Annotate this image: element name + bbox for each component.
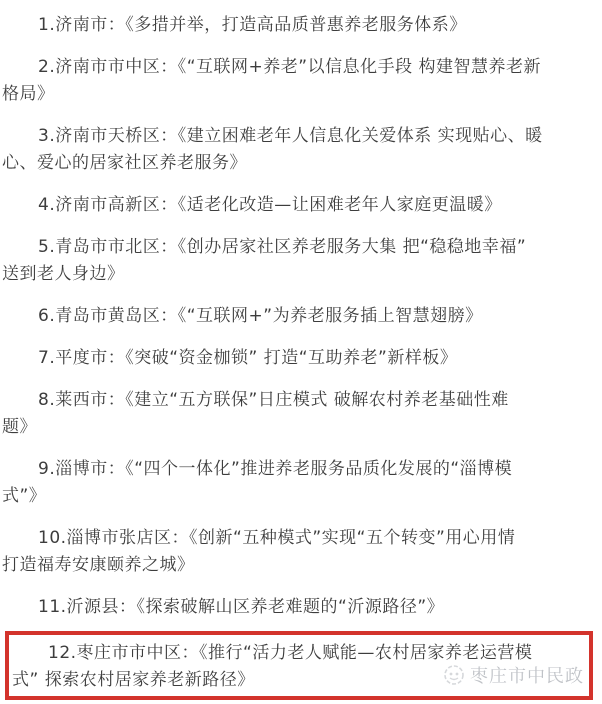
list-item: 9.淄博市：《“四个一体化”推进养老服务品质化发展的“淄博模式”》: [2, 456, 598, 510]
list-item-line: 9.淄博市：《“四个一体化”推进养老服务品质化发展的“淄博模: [2, 456, 598, 483]
list-item: 8.莱西市：《建立“五方联保”日庄模式 破解农村养老基础性难题》: [2, 387, 598, 441]
list-item-line: 7.平度市：《突破“资金枷锁” 打造“互助养老”新样板》: [2, 345, 598, 372]
list-item-line: 题》: [2, 414, 598, 441]
list-item-line: 3.济南市天桥区：《建立困难老年人信息化关爱体系 实现贴心、暖: [2, 123, 598, 150]
list-item-line: 8.莱西市：《建立“五方联保”日庄模式 破解农村养老基础性难: [2, 387, 598, 414]
list-item-line: 4.济南市高新区：《适老化改造—让困难老年人家庭更温暖》: [2, 192, 598, 219]
list-item-line: 6.青岛市黄岛区：《“互联网+”为养老服务插上智慧翅膀》: [2, 303, 598, 330]
list-item: 7.平度市：《突破“资金枷锁” 打造“互助养老”新样板》: [2, 345, 598, 372]
list-item-line: 11.沂源县：《探索破解山区养老难题的“沂源路径”》: [2, 594, 598, 621]
list-item: 11.沂源县：《探索破解山区养老难题的“沂源路径”》: [2, 594, 598, 621]
list-item: 12.枣庄市市中区：《推行“活力老人赋能—农村居家养老运营模式” 探索农村居家养…: [12, 640, 583, 694]
list-item: 6.青岛市黄岛区：《“互联网+”为养老服务插上智慧翅膀》: [2, 303, 598, 330]
case-list: 1.济南市：《多措并举，打造高品质普惠养老服务体系》2.济南市市中区：《“互联网…: [2, 12, 598, 621]
list-item-line: 2.济南市市中区：《“互联网+养老”以信息化手段 构建智慧养老新: [2, 54, 598, 81]
list-item-line: 5.青岛市市北区：《创办居家社区养老服务大集 把“稳稳地幸福”: [2, 234, 598, 261]
list-item: 10.淄博市张店区：《创新“五种模式”实现“五个转变”用心用情打造福寿安康颐养之…: [2, 525, 598, 579]
list-item: 2.济南市市中区：《“互联网+养老”以信息化手段 构建智慧养老新格局》: [2, 54, 598, 108]
highlight-box: 12.枣庄市市中区：《推行“活力老人赋能—农村居家养老运营模式” 探索农村居家养…: [5, 631, 593, 700]
list-item-line: 心、爱心的居家社区养老服务》: [2, 150, 598, 177]
document-page: 1.济南市：《多措并举，打造高品质普惠养老服务体系》2.济南市市中区：《“互联网…: [0, 0, 602, 704]
list-item-line: 式” 探索农村居家养老新路径》: [12, 667, 583, 694]
list-item: 3.济南市天桥区：《建立困难老年人信息化关爱体系 实现贴心、暖心、爱心的居家社区…: [2, 123, 598, 177]
list-item: 1.济南市：《多措并举，打造高品质普惠养老服务体系》: [2, 12, 598, 39]
list-item: 5.青岛市市北区：《创办居家社区养老服务大集 把“稳稳地幸福”送到老人身边》: [2, 234, 598, 288]
list-item-line: 式”》: [2, 483, 598, 510]
list-item-line: 10.淄博市张店区：《创新“五种模式”实现“五个转变”用心用情: [2, 525, 598, 552]
list-item-line: 12.枣庄市市中区：《推行“活力老人赋能—农村居家养老运营模: [12, 640, 583, 667]
list-item-line: 格局》: [2, 81, 598, 108]
list-item-line: 打造福寿安康颐养之城》: [2, 552, 598, 579]
list-item-line: 1.济南市：《多措并举，打造高品质普惠养老服务体系》: [2, 12, 598, 39]
list-item-line: 送到老人身边》: [2, 261, 598, 288]
list-item: 4.济南市高新区：《适老化改造—让困难老年人家庭更温暖》: [2, 192, 598, 219]
